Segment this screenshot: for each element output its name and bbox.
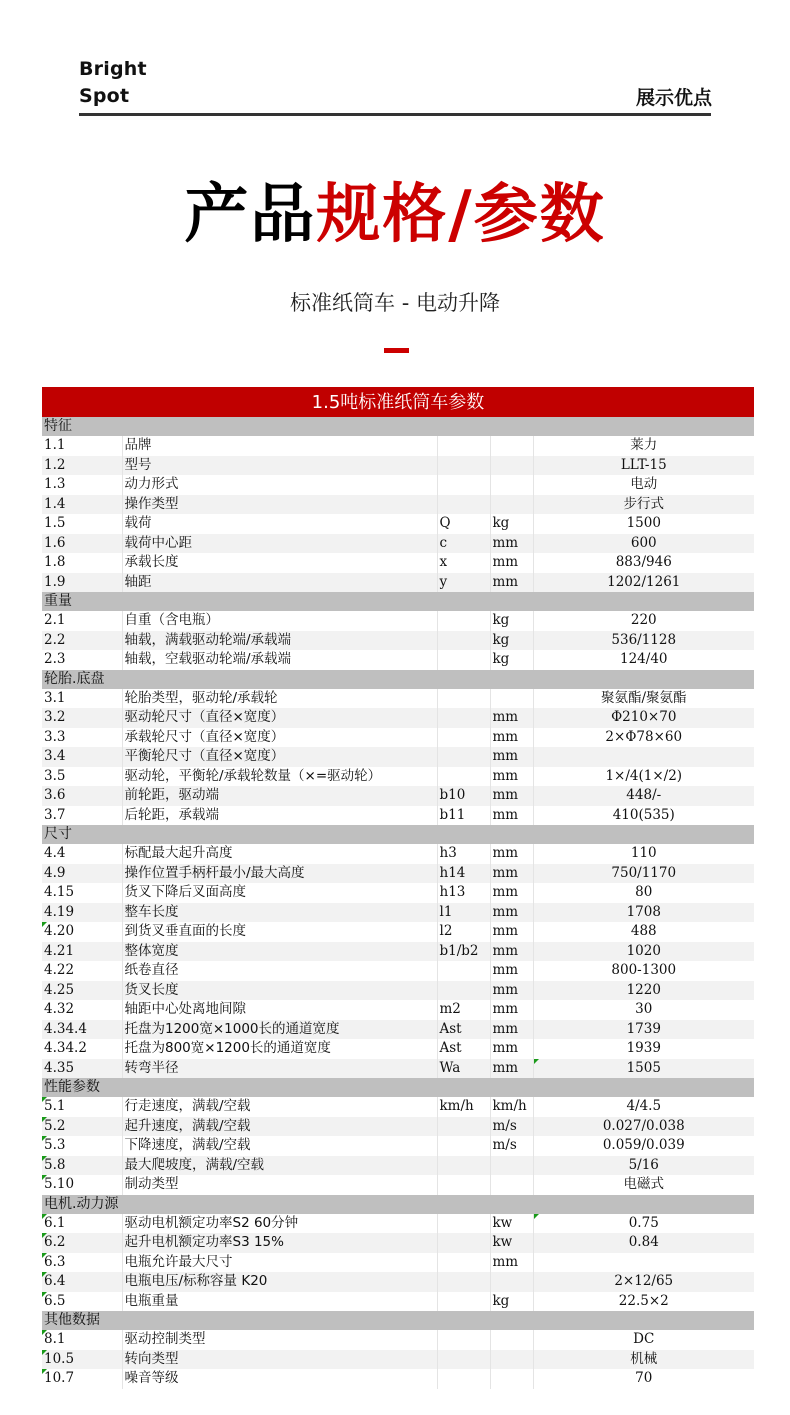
spec-table-title-row: 1.5吨标准纸筒车参数 [42,387,754,417]
row-value: 2×12/65 [533,1272,754,1292]
row-number: 4.20 [42,922,122,942]
row-name: 驱动电机额定功率S2 60分钟 [122,1214,437,1234]
section-header-row: 其他数据 [42,1311,754,1330]
row-number: 2.3 [42,650,122,670]
row-unit [490,1272,533,1292]
row-name: 托盘为800宽×1200长的通道宽度 [122,1039,437,1059]
row-unit: mm [490,806,533,826]
row-unit: mm [490,573,533,593]
row-value: LLT-15 [533,456,754,476]
row-unit: mm [490,786,533,806]
row-unit: mm [490,553,533,573]
spec-table: 1.5吨标准纸筒车参数 特征1.1品牌莱力1.2型号LLT-151.3动力形式电… [42,387,754,1389]
row-symbol [437,708,490,728]
table-row: 10.5转向类型机械 [42,1350,754,1370]
section-label: 重量 [42,592,754,611]
row-number: 6.4 [42,1272,122,1292]
table-row: 6.2起升电机额定功率S3 15%kw0.84 [42,1233,754,1253]
row-value: 1505 [533,1059,754,1079]
row-symbol [437,689,490,709]
row-name: 货叉长度 [122,981,437,1001]
row-value: 0.75 [533,1214,754,1234]
row-name: 驱动轮，平衡轮/承载轮数量（×=驱动轮） [122,767,437,787]
row-value: 488 [533,922,754,942]
row-value: 750/1170 [533,864,754,884]
row-value: 1739 [533,1020,754,1040]
row-name: 托盘为1200宽×1000长的通道宽度 [122,1020,437,1040]
row-value: 聚氨酯/聚氨酯 [533,689,754,709]
row-symbol [437,436,490,456]
row-number: 4.32 [42,1000,122,1020]
row-number: 3.2 [42,708,122,728]
table-row: 4.4标配最大起升高度h3mm110 [42,844,754,864]
row-symbol [437,495,490,515]
row-number: 10.7 [42,1369,122,1389]
row-unit: mm [490,844,533,864]
row-name: 起升电机额定功率S3 15% [122,1233,437,1253]
table-row: 3.2驱动轮尺寸（直径×宽度）mmΦ210×70 [42,708,754,728]
row-name: 驱动轮尺寸（直径×宽度） [122,708,437,728]
row-name: 标配最大起升高度 [122,844,437,864]
row-symbol: Q [437,514,490,534]
row-symbol [437,456,490,476]
row-name: 纸卷直径 [122,961,437,981]
row-unit: mm [490,864,533,884]
row-unit: mm [490,534,533,554]
row-name: 平衡轮尺寸（直径×宽度） [122,747,437,767]
row-unit: kw [490,1233,533,1253]
row-symbol: Ast [437,1020,490,1040]
row-value: 1020 [533,942,754,962]
section-header-row: 特征 [42,417,754,436]
row-unit: kg [490,611,533,631]
row-name: 货叉下降后叉面高度 [122,883,437,903]
section-header-row: 性能参数 [42,1078,754,1097]
row-name: 自重（含电瓶） [122,611,437,631]
table-row: 4.25货叉长度mm1220 [42,981,754,1001]
row-symbol: l2 [437,922,490,942]
row-unit: mm [490,1059,533,1079]
table-row: 3.3承载轮尺寸（直径×宽度）mm2×Φ78×60 [42,728,754,748]
row-symbol [437,1175,490,1195]
row-symbol: m2 [437,1000,490,1020]
row-value: 1708 [533,903,754,923]
row-symbol: b10 [437,786,490,806]
row-unit: km/h [490,1097,533,1117]
table-row: 4.35转弯半径Wamm1505 [42,1059,754,1079]
row-name: 整体宽度 [122,942,437,962]
row-name: 驱动控制类型 [122,1330,437,1350]
row-name: 到货叉垂直面的长度 [122,922,437,942]
table-row: 2.3轴载，空载驱动轮端/承载端kg124/40 [42,650,754,670]
row-symbol [437,1233,490,1253]
row-value: 步行式 [533,495,754,515]
row-value: 1202/1261 [533,573,754,593]
row-symbol: h14 [437,864,490,884]
row-unit [490,1175,533,1195]
page-subtitle: 标准纸筒车 - 电动升降 [0,287,790,317]
row-number: 6.3 [42,1253,122,1273]
row-name: 型号 [122,456,437,476]
row-name: 前轮距，驱动端 [122,786,437,806]
row-number: 2.2 [42,631,122,651]
row-value [533,747,754,767]
row-unit: m/s [490,1136,533,1156]
row-value: 883/946 [533,553,754,573]
brand-line-2: Spot [79,83,147,110]
row-symbol [437,767,490,787]
row-value: 4/4.5 [533,1097,754,1117]
row-number: 4.34.4 [42,1020,122,1040]
row-unit: kg [490,1292,533,1312]
row-name: 承载轮尺寸（直径×宽度） [122,728,437,748]
row-name: 轮胎类型，驱动轮/承载轮 [122,689,437,709]
spec-table-title: 1.5吨标准纸筒车参数 [42,387,754,417]
table-row: 4.34.4托盘为1200宽×1000长的通道宽度Astmm1739 [42,1020,754,1040]
row-symbol [437,1272,490,1292]
row-unit [490,456,533,476]
row-symbol [437,981,490,1001]
table-row: 6.4电瓶电压/标称容量 K202×12/65 [42,1272,754,1292]
section-label: 轮胎.底盘 [42,670,754,689]
table-row: 4.21整体宽度b1/b2mm1020 [42,942,754,962]
brand-logo: Bright Spot [79,56,147,110]
page-title-red: 规格/参数 [316,178,605,252]
row-number: 1.6 [42,534,122,554]
row-name: 轴距 [122,573,437,593]
row-name: 行走速度，满载/空载 [122,1097,437,1117]
row-number: 3.3 [42,728,122,748]
table-row: 6.3电瓶允许最大尺寸mm [42,1253,754,1273]
table-row: 3.6前轮距，驱动端b10mm448/- [42,786,754,806]
row-name: 载荷中心距 [122,534,437,554]
row-value: 800-1300 [533,961,754,981]
row-value: 电动 [533,475,754,495]
row-name: 轴距中心处离地间隙 [122,1000,437,1020]
row-number: 5.8 [42,1156,122,1176]
row-number: 3.7 [42,806,122,826]
row-unit: mm [490,981,533,1001]
row-number: 6.2 [42,1233,122,1253]
table-row: 2.1自重（含电瓶）kg220 [42,611,754,631]
table-row: 8.1驱动控制类型DC [42,1330,754,1350]
row-name: 电瓶电压/标称容量 K20 [122,1272,437,1292]
row-symbol [437,1369,490,1389]
table-row: 10.7噪音等级70 [42,1369,754,1389]
row-symbol: Wa [437,1059,490,1079]
section-label: 特征 [42,417,754,436]
table-row: 4.22纸卷直径mm800-1300 [42,961,754,981]
row-symbol [437,1350,490,1370]
row-value: 电磁式 [533,1175,754,1195]
row-number: 1.9 [42,573,122,593]
row-unit: mm [490,922,533,942]
table-row: 1.8承载长度xmm883/946 [42,553,754,573]
row-value: 1500 [533,514,754,534]
row-name: 动力形式 [122,475,437,495]
row-number: 1.3 [42,475,122,495]
row-number: 3.5 [42,767,122,787]
row-number: 3.4 [42,747,122,767]
row-number: 4.34.2 [42,1039,122,1059]
page-title-black: 产品 [184,178,316,252]
row-symbol [437,747,490,767]
row-value: 80 [533,883,754,903]
row-number: 4.4 [42,844,122,864]
row-symbol: l1 [437,903,490,923]
table-row: 3.4平衡轮尺寸（直径×宽度）mm [42,747,754,767]
row-unit [490,1369,533,1389]
row-symbol [437,1253,490,1273]
row-symbol [437,961,490,981]
row-name: 轴载，空载驱动轮端/承载端 [122,650,437,670]
row-symbol [437,475,490,495]
row-number: 2.1 [42,611,122,631]
row-number: 4.19 [42,903,122,923]
row-number: 1.2 [42,456,122,476]
row-name: 转弯半径 [122,1059,437,1079]
table-row: 5.2起升速度，满载/空载m/s0.027/0.038 [42,1117,754,1137]
row-value: 30 [533,1000,754,1020]
row-number: 8.1 [42,1330,122,1350]
row-number: 5.2 [42,1117,122,1137]
row-unit: mm [490,767,533,787]
row-name: 转向类型 [122,1350,437,1370]
table-row: 4.34.2托盘为800宽×1200长的通道宽度Astmm1939 [42,1039,754,1059]
table-row: 1.2型号LLT-15 [42,456,754,476]
section-header-row: 轮胎.底盘 [42,670,754,689]
row-number: 1.5 [42,514,122,534]
table-row: 4.20到货叉垂直面的长度l2mm488 [42,922,754,942]
row-symbol: x [437,553,490,573]
section-header-row: 尺寸 [42,825,754,844]
row-symbol [437,1156,490,1176]
row-name: 承载长度 [122,553,437,573]
row-unit: kg [490,514,533,534]
row-value: 600 [533,534,754,554]
row-number: 4.22 [42,961,122,981]
row-unit [490,475,533,495]
table-row: 4.15货叉下降后叉面高度h13mm80 [42,883,754,903]
brand-line-1: Bright [79,56,147,83]
row-value: 1939 [533,1039,754,1059]
row-number: 6.1 [42,1214,122,1234]
row-value: 0.84 [533,1233,754,1253]
row-symbol [437,631,490,651]
row-unit: mm [490,728,533,748]
row-value: 22.5×2 [533,1292,754,1312]
section-label: 性能参数 [42,1078,754,1097]
row-number: 5.10 [42,1175,122,1195]
row-unit [490,689,533,709]
table-row: 4.32轴距中心处离地间隙m2mm30 [42,1000,754,1020]
row-number: 1.1 [42,436,122,456]
row-symbol [437,650,490,670]
row-number: 3.1 [42,689,122,709]
table-row: 5.3下降速度，满载/空载m/s0.059/0.039 [42,1136,754,1156]
row-unit: mm [490,747,533,767]
row-name: 噪音等级 [122,1369,437,1389]
row-value: 莱力 [533,436,754,456]
row-unit: kg [490,650,533,670]
section-tag: 展示优点 [636,83,712,110]
section-header-row: 电机.动力源 [42,1195,754,1214]
header-divider [79,113,711,116]
row-symbol [437,1214,490,1234]
table-row: 5.10制动类型电磁式 [42,1175,754,1195]
row-value: 410(535) [533,806,754,826]
row-number: 4.21 [42,942,122,962]
row-value: 448/- [533,786,754,806]
table-row: 4.9操作位置手柄杆最小/最大高度h14mm750/1170 [42,864,754,884]
row-value: 0.027/0.038 [533,1117,754,1137]
table-row: 1.5载荷Qkg1500 [42,514,754,534]
table-row: 3.7后轮距，承载端b11mm410(535) [42,806,754,826]
row-symbol: h13 [437,883,490,903]
table-row: 1.6载荷中心距cmm600 [42,534,754,554]
row-name: 操作位置手柄杆最小/最大高度 [122,864,437,884]
row-name: 载荷 [122,514,437,534]
row-value: 1×/4(1×/2) [533,767,754,787]
page-title: 产品规格/参数 [0,170,790,260]
row-unit: mm [490,708,533,728]
row-symbol [437,1136,490,1156]
row-unit: mm [490,1000,533,1020]
row-symbol [437,1117,490,1137]
row-value [533,1253,754,1273]
table-row: 5.1行走速度，满载/空载km/hkm/h4/4.5 [42,1097,754,1117]
row-unit: m/s [490,1117,533,1137]
row-value: 536/1128 [533,631,754,651]
table-row: 6.1驱动电机额定功率S2 60分钟kw0.75 [42,1214,754,1234]
row-value: DC [533,1330,754,1350]
row-symbol [437,728,490,748]
row-value: 机械 [533,1350,754,1370]
row-number: 1.8 [42,553,122,573]
table-row: 1.1品牌莱力 [42,436,754,456]
row-unit: mm [490,1039,533,1059]
row-value: 1220 [533,981,754,1001]
row-number: 4.9 [42,864,122,884]
row-value: 5/16 [533,1156,754,1176]
row-number: 4.15 [42,883,122,903]
table-row: 6.5电瓶重量kg22.5×2 [42,1292,754,1312]
row-name: 整车长度 [122,903,437,923]
row-symbol: y [437,573,490,593]
table-row: 5.8最大爬坡度，满载/空载5/16 [42,1156,754,1176]
row-name: 起升速度，满载/空载 [122,1117,437,1137]
section-header-row: 重量 [42,592,754,611]
section-label: 电机.动力源 [42,1195,754,1214]
row-number: 3.6 [42,786,122,806]
row-unit: kg [490,631,533,651]
row-name: 轴载，满载驱动轮端/承载端 [122,631,437,651]
row-unit [490,1330,533,1350]
row-value: 110 [533,844,754,864]
row-unit [490,1350,533,1370]
row-value: 70 [533,1369,754,1389]
row-symbol: Ast [437,1039,490,1059]
row-symbol: c [437,534,490,554]
row-name: 操作类型 [122,495,437,515]
table-row: 3.1轮胎类型，驱动轮/承载轮聚氨酯/聚氨酯 [42,689,754,709]
row-number: 6.5 [42,1292,122,1312]
row-name: 最大爬坡度，满载/空载 [122,1156,437,1176]
row-symbol: h3 [437,844,490,864]
row-name: 品牌 [122,436,437,456]
row-number: 1.4 [42,495,122,515]
row-number: 10.5 [42,1350,122,1370]
table-row: 4.19整车长度l1mm1708 [42,903,754,923]
row-unit: kw [490,1214,533,1234]
row-symbol [437,1330,490,1350]
row-unit: mm [490,942,533,962]
row-number: 4.35 [42,1059,122,1079]
section-label: 其他数据 [42,1311,754,1330]
row-value: 2×Φ78×60 [533,728,754,748]
row-number: 4.25 [42,981,122,1001]
row-unit: mm [490,961,533,981]
row-value: 220 [533,611,754,631]
row-symbol: b1/b2 [437,942,490,962]
row-value: Φ210×70 [533,708,754,728]
row-symbol: b11 [437,806,490,826]
row-unit: mm [490,883,533,903]
table-row: 2.2轴载，满载驱动轮端/承载端kg536/1128 [42,631,754,651]
row-unit [490,1156,533,1176]
row-unit: mm [490,1020,533,1040]
row-unit: mm [490,903,533,923]
row-symbol [437,611,490,631]
row-name: 后轮距，承载端 [122,806,437,826]
row-symbol: km/h [437,1097,490,1117]
row-name: 电瓶允许最大尺寸 [122,1253,437,1273]
row-name: 制动类型 [122,1175,437,1195]
row-symbol [437,1292,490,1312]
row-name: 电瓶重量 [122,1292,437,1312]
table-row: 1.9轴距ymm1202/1261 [42,573,754,593]
table-row: 1.3动力形式电动 [42,475,754,495]
section-label: 尺寸 [42,825,754,844]
row-unit: mm [490,1253,533,1273]
row-unit [490,436,533,456]
row-name: 下降速度，满载/空载 [122,1136,437,1156]
table-row: 3.5驱动轮，平衡轮/承载轮数量（×=驱动轮）mm1×/4(1×/2) [42,767,754,787]
accent-bar [384,348,409,353]
row-unit [490,495,533,515]
table-row: 1.4操作类型步行式 [42,495,754,515]
row-number: 5.1 [42,1097,122,1117]
row-value: 0.059/0.039 [533,1136,754,1156]
row-number: 5.3 [42,1136,122,1156]
row-value: 124/40 [533,650,754,670]
